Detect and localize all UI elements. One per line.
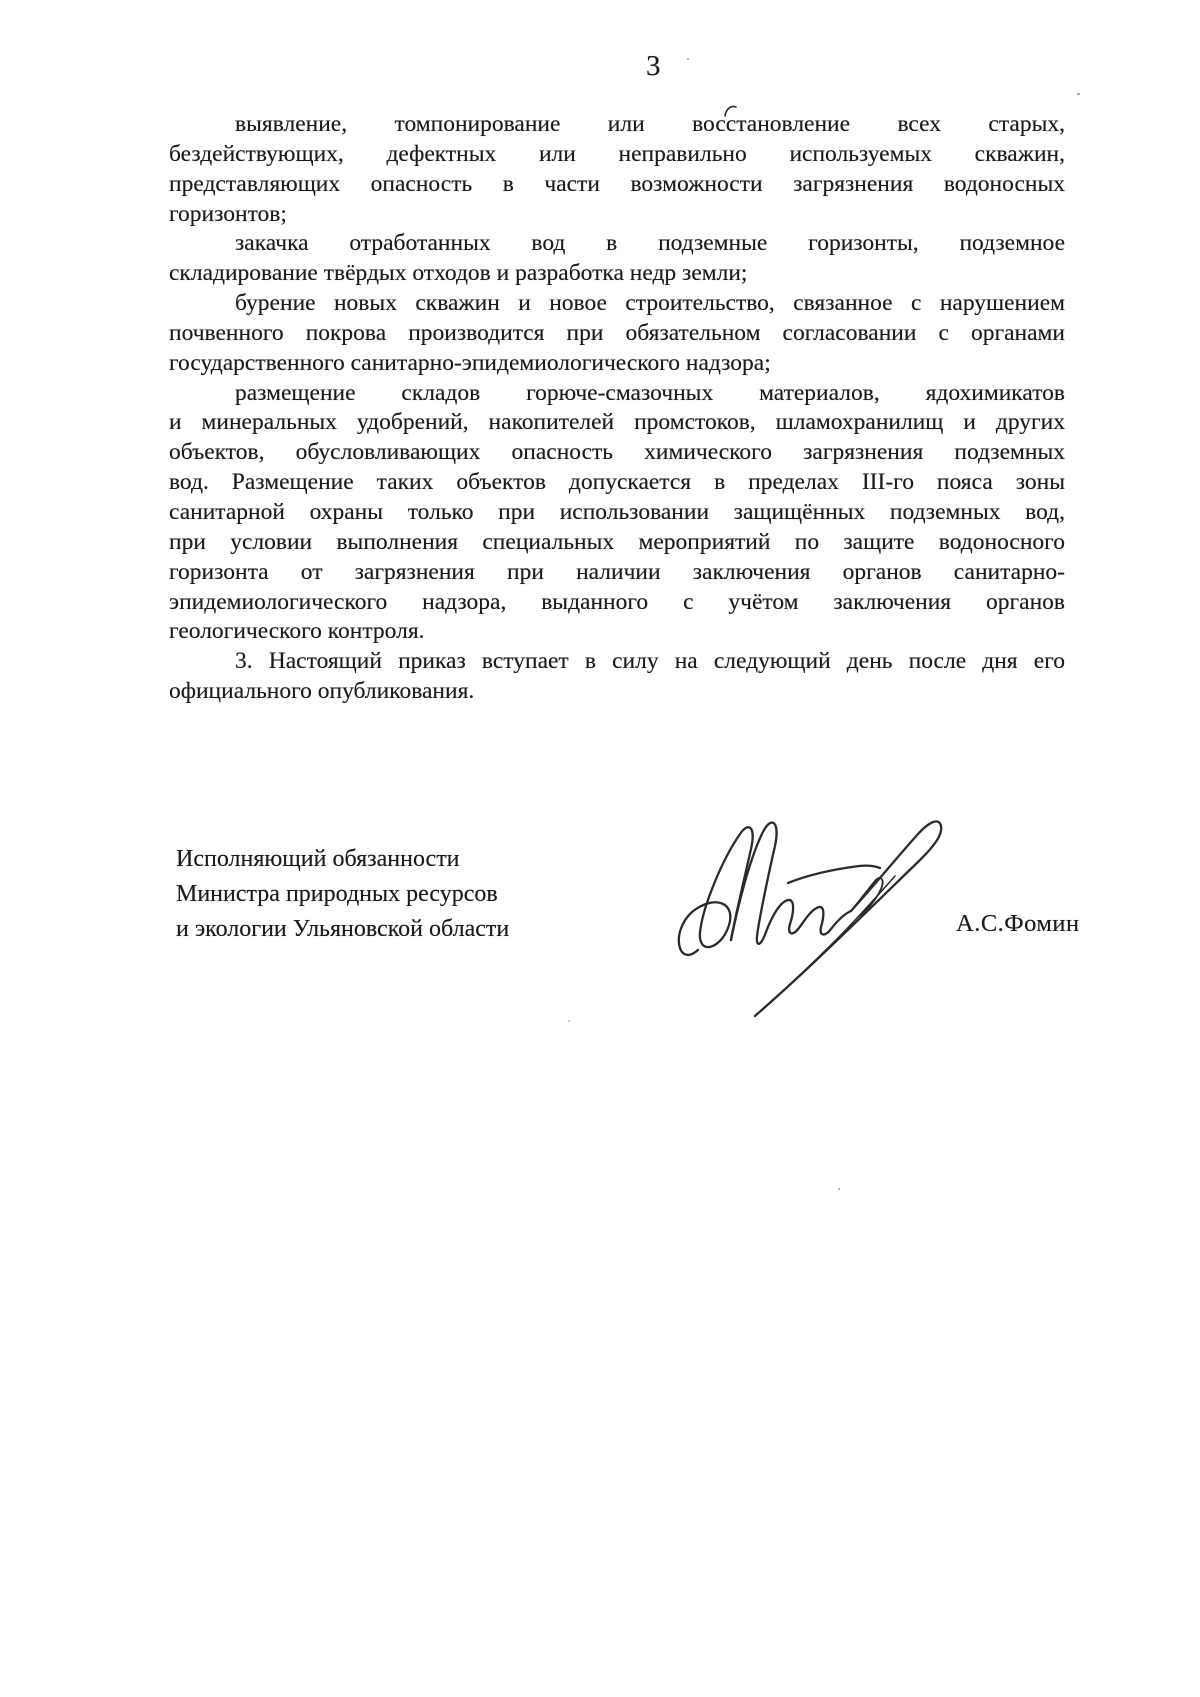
- document-body: выявление, томпонирование или восстановл…: [169, 110, 1065, 707]
- text-line: объектов, обусловливающих опасность хими…: [169, 438, 1065, 468]
- text-line: выявление, томпонирование или восстановл…: [169, 110, 1065, 140]
- signer-title-line: и экологии Ульяновской области: [176, 912, 509, 947]
- text-line: государственного санитарно-эпидемиологич…: [169, 349, 1065, 379]
- text-line: официального опубликования.: [169, 677, 1065, 707]
- scan-artifact-mark: [722, 102, 740, 120]
- document-page: 3 выявление, томпонирование или восстано…: [0, 0, 1200, 1697]
- text-line: размещение складов горюче-смазочных мате…: [169, 379, 1065, 409]
- page-number: 3: [646, 50, 661, 83]
- text-line: бурение новых скважин и новое строительс…: [169, 289, 1065, 319]
- text-line: бездействующих, дефектных или неправильн…: [169, 140, 1065, 170]
- paragraph-5: 3. Настоящий приказ вступает в силу на с…: [169, 647, 1065, 707]
- signer-title: Исполняющий обязанности Министра природн…: [176, 842, 509, 946]
- text-line: горизонтов;: [169, 200, 1065, 230]
- paragraph-1: выявление, томпонирование или восстановл…: [169, 110, 1065, 229]
- paragraph-2: закачка отработанных вод в подземные гор…: [169, 229, 1065, 289]
- signer-name: А.С.Фомин: [956, 910, 1080, 938]
- text-line: почвенного покрова производится при обяз…: [169, 319, 1065, 349]
- scan-speck: [1077, 93, 1080, 95]
- text-line: 3. Настоящий приказ вступает в силу на с…: [169, 647, 1065, 677]
- text-line: складирование твёрдых отходов и разработ…: [169, 259, 1065, 289]
- signer-title-line: Исполняющий обязанности: [176, 842, 509, 877]
- text-line: геологического контроля.: [169, 617, 1065, 647]
- paragraph-4: размещение складов горюче-смазочных мате…: [169, 379, 1065, 648]
- signer-title-line: Министра природных ресурсов: [176, 877, 509, 912]
- scan-speck: [687, 58, 689, 60]
- handwritten-signature-icon: [652, 770, 952, 1035]
- text-line: горизонта от загрязнения при наличии зак…: [169, 558, 1065, 588]
- text-line: и минеральных удобрений, накопителей про…: [169, 408, 1065, 438]
- paragraph-3: бурение новых скважин и новое строительс…: [169, 289, 1065, 379]
- text-line: санитарной охраны только при использован…: [169, 498, 1065, 528]
- text-line: представляющих опасность в части возможн…: [169, 170, 1065, 200]
- text-line: при условии выполнения специальных мероп…: [169, 528, 1065, 558]
- scan-speck: [568, 1020, 570, 1022]
- text-line: эпидемиологического надзора, выданного с…: [169, 588, 1065, 618]
- scan-speck: [838, 1188, 840, 1190]
- text-line: закачка отработанных вод в подземные гор…: [169, 229, 1065, 259]
- text-line: вод. Размещение таких объектов допускает…: [169, 468, 1065, 498]
